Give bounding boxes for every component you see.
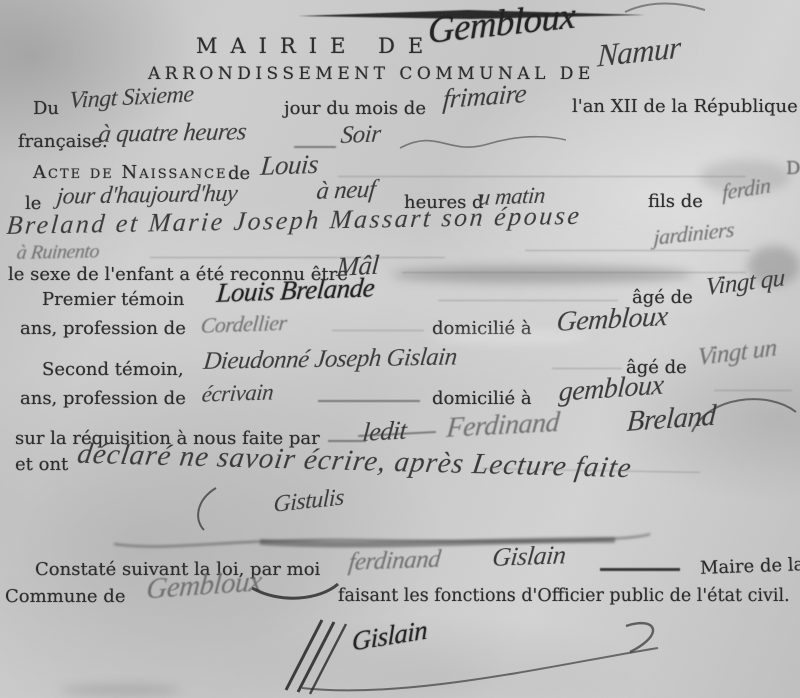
commune-name-handwritten: Gembloux: [145, 565, 263, 606]
arrondissement-label: ARRONDISSEMENT COMMUNAL DE: [148, 64, 595, 84]
witness1-profession-handwritten: Cordellier: [200, 310, 288, 339]
declaration-handwritten: déclaré ne savoir écrire, après Lecture …: [75, 438, 634, 485]
maire-de-label: Maire de la: [700, 554, 800, 579]
pen-dash: [318, 400, 420, 402]
acte-naissance-label: Acte de Naissance: [33, 162, 228, 183]
fill-line: [332, 330, 424, 331]
jour-du-mois-label: jour du mois de: [284, 98, 426, 119]
month-handwritten: frimaire: [442, 78, 527, 115]
witness2-age-handwritten: Vingt un: [698, 334, 777, 372]
scan-smudge: [60, 684, 180, 696]
pen-flourish: [250, 578, 340, 606]
witness2-name-handwritten: Dieudonné Joseph Gislain: [202, 344, 458, 376]
witness2-profession-handwritten: écrivain: [201, 380, 275, 409]
child-name-handwritten: Louis: [259, 149, 319, 182]
hour-handwritten: à quatre heures: [97, 118, 248, 149]
mairie-label: MAIRIE DE: [196, 34, 436, 58]
middle-signature-handwritten: Gistulis: [273, 485, 344, 520]
second-temoin-label: Second témoin,: [42, 359, 184, 380]
commune-de-label: Commune de: [5, 586, 125, 607]
birth-hour-handwritten: à neuf: [315, 176, 377, 206]
du-label: Du: [33, 98, 59, 119]
parents-profession-handwritten: jardiniers: [653, 217, 734, 252]
scan-smudge: [748, 246, 800, 286]
fill-line: [402, 272, 746, 273]
fils-de-label: fils de: [648, 191, 703, 212]
arrondissement-handwritten: Namur: [597, 29, 681, 74]
fill-line: [150, 257, 445, 258]
pen-flourish: [398, 126, 568, 156]
witness2-domicile-label: domicilié à: [432, 388, 532, 409]
scan-highlight: [430, 330, 590, 344]
witness1-name-handwritten: Louis Brelande: [215, 272, 375, 309]
pen-dash: [328, 440, 366, 442]
period-handwritten: Soir: [340, 121, 382, 150]
mayor-lastname-handwritten: Gislain: [491, 540, 567, 573]
mayor-firstname-handwritten: ferdinand: [347, 546, 442, 577]
francaise-label: française.: [18, 131, 108, 152]
bottom-signature-strokes: [258, 612, 678, 698]
ink-bleed-smudge: [392, 266, 692, 283]
fill-line: [552, 368, 622, 369]
birth-certificate-scan: MAIRIE DE Gembloux ARRONDISSEMENT COMMUN…: [0, 0, 800, 698]
an-republique-label: l'an XII de la République: [572, 96, 798, 117]
fill-line: [438, 300, 618, 301]
fill-line: [525, 250, 750, 251]
requisition-name-handwritten: Ferdinand: [445, 407, 560, 445]
pen-dash: [294, 146, 336, 148]
witness2-profession-label: ans, profession de: [20, 388, 186, 409]
day-handwritten: Vingt Sixieme: [69, 81, 195, 115]
scan-smudge: [700, 160, 790, 194]
et-ont-label: et ont: [15, 454, 68, 475]
premier-temoin-label: Premier témoin: [42, 289, 184, 310]
fill-line: [338, 176, 746, 177]
mairie-commune-handwritten: Gembloux: [428, 0, 575, 53]
pen-flourish: [688, 388, 800, 434]
officier-functions-label: faisant les fonctions d'Officier public …: [338, 586, 790, 606]
top-edge-ink-mark: [620, 0, 710, 14]
witness2-domicile-handwritten: gembloux: [558, 370, 665, 410]
pen-dash: [600, 568, 680, 571]
parents-residence-handwritten: à Ruinento: [16, 241, 101, 265]
witness1-profession-label: ans, profession de: [20, 318, 186, 339]
